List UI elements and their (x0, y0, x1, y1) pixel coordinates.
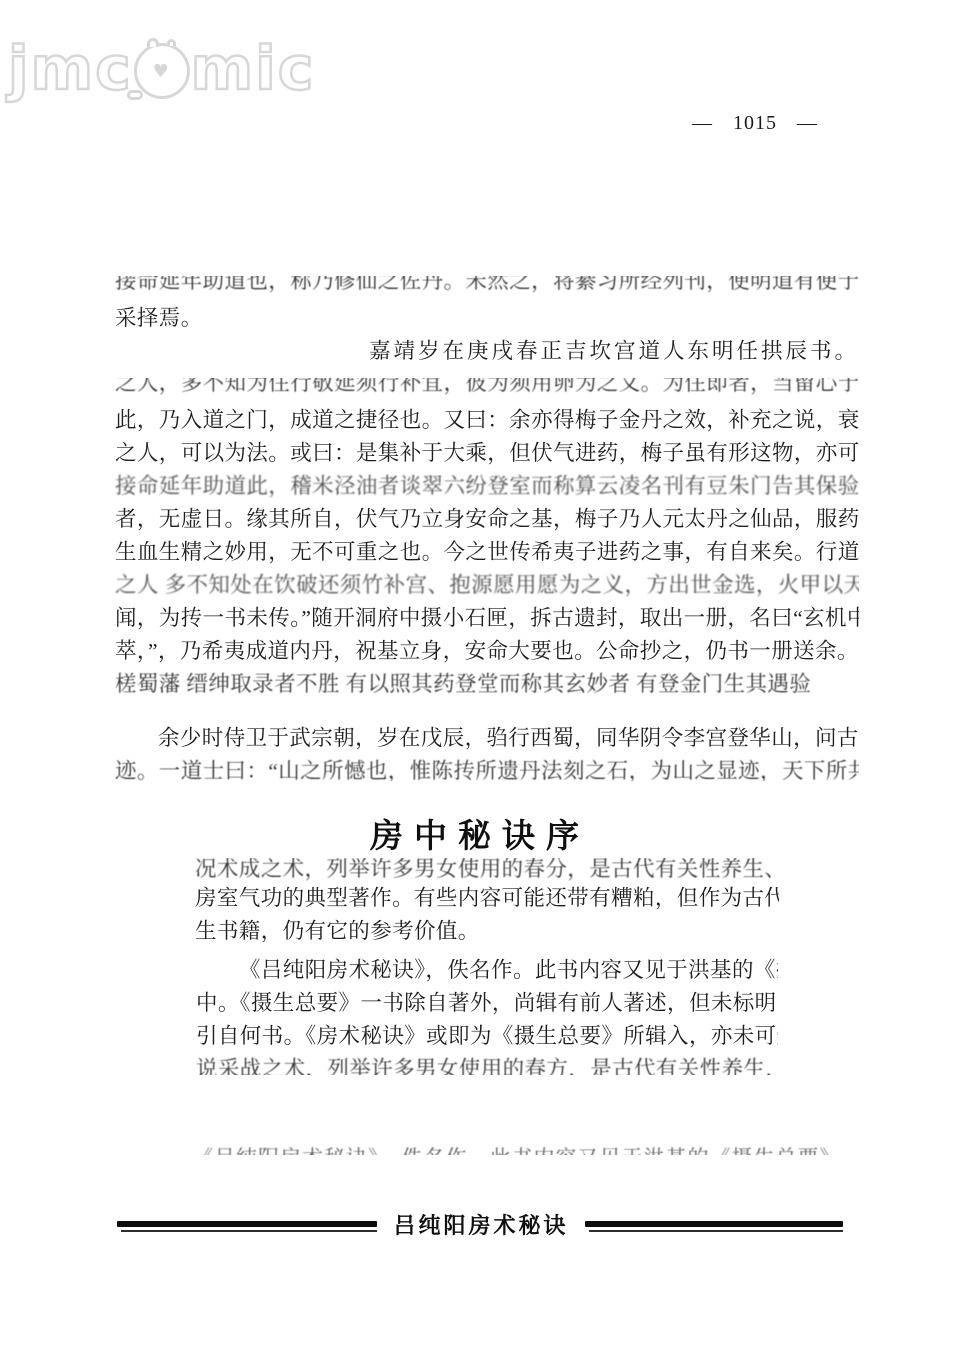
mascot-ear-icon (167, 39, 176, 46)
footer-book-title: 吕纯阳房术秘诀 (377, 1209, 585, 1240)
page-number: — 1015 — (648, 112, 862, 135)
intro-block: 况术成之术，列举许多男女使用的春分，是古代有关性养生、性技巧、 房室气功的典型著… (195, 858, 779, 948)
watermark-text-right: mic (191, 34, 316, 104)
page-number-value: 1015 (733, 112, 777, 135)
text-line: 接命延年助道也，称乃修仙之佐丹。未然之，将綦习所经列刊，便明道有便于 (115, 276, 859, 302)
text-line: 者，无虚日。缘其所自，伏气乃立身安命之基，梅子乃人元太丹之仙品，服药及 (115, 503, 859, 536)
text-line: 余少时侍卫于武宗朝，岁在戊辰，驺行西蜀，同华阴令李宫登华山，问古仙 (115, 722, 859, 755)
text-line: 说采战之术，列举许多男女使用的春方，是古代有关性养生，性技巧 (196, 1053, 778, 1075)
text-line: 闻，为抟一书未传。”随开洞府中摄小石匣，拆古遗封，取出一册，名曰“玄机中 (115, 602, 859, 635)
footer-rule-left (117, 1221, 377, 1234)
footer-rule-right (585, 1221, 843, 1234)
text-line: 生血生精之妙用，无不可重之也。今之世传希夷子进药之事，有自来矣。行道 (115, 536, 859, 569)
narrative-block: 余少时侍卫于武宗朝，岁在戊辰，驺行西蜀，同华阴令李宫登华山，问古仙 迹。一道士曰… (115, 722, 859, 781)
watermark: jmc ♥ mic (8, 34, 315, 104)
text-line: 房室气功的典型著作。有些内容可能还带有糟粕，但作为古代房室养 (195, 882, 779, 915)
signature-line: 嘉靖岁在庚戌春正吉坎宫道人东明任拱辰书。 (115, 335, 859, 368)
text-line: 之人，可以为法。或曰：是集补于大乘，但伏气进药，梅子虽有形这物，亦可以 (115, 437, 859, 470)
page-number-dash-right: — (797, 112, 818, 135)
body-block: 之人，多不知为住行敬延须行补宜，彼为须用卵为之义。为住即者，当留心于 此，乃入道… (115, 378, 859, 694)
preface-block: 接命延年助道也，称乃修仙之佐丹。未然之，将綦习所经列刊，便明道有便于 采择焉。 … (115, 276, 859, 368)
text-line: 萃，”，乃希夷成道内丹，祝基立身，安命大要也。公命抄之，仍书一册送余。西 (115, 635, 859, 668)
text-line: 之人 多不知处在饮破还须竹补宫、抱源愿用愿为之义，方出世金选，火甲以天 (115, 569, 859, 602)
mascot-ear-icon (147, 38, 159, 47)
text-line: 中。《摄生总要》一书除自著外，尚辑有前人著述，但未标明，更不知其 (196, 987, 778, 1020)
section-title: 房中秘诀序 (0, 810, 960, 857)
page-number-dash-left: — (692, 112, 713, 135)
cropped-text-line: 《吕纯阳房术秘诀》，佚名作，此书内容又见于洪基的《摄生总要》 (192, 1146, 852, 1155)
watermark-text-left: jmc (8, 34, 133, 104)
text-line: 引自何书。《房术秘诀》或即为《摄生总要》所辑入，亦未可知。书中论 (196, 1020, 778, 1053)
watermark-mascot-face-icon: ♥ (134, 43, 190, 99)
text-line: 生书籍，仍有它的参考价值。 (195, 915, 779, 948)
text-line: 之人，多不知为住行敬延须行补宜，彼为须用卵为之义。为住即者，当留心于 (115, 378, 859, 404)
commentary-block: 《吕纯阳房术秘诀》，佚名作。此书内容又见于洪基的《摄生总要》 中。《摄生总要》一… (196, 954, 778, 1075)
text-line: 采择焉。 (115, 302, 859, 335)
mascot-fin-icon (127, 90, 143, 100)
text-line: 《吕纯阳房术秘诀》，佚名作。此书内容又见于洪基的《摄生总要》 (196, 954, 778, 987)
text-line: 接命延年助道此，稽米泾油者谈翠六纷登室而称算云凌名刊有豆朱门告其保验 (115, 470, 859, 503)
text-line: 迹。一道士曰：“山之所憾也，惟陈抟所遗丹法刻之石，为山之显迹，天下所共 (115, 755, 859, 781)
heart-icon: ♥ (153, 61, 171, 82)
text-line: 此，乃入道之门，成道之捷径也。又曰：余亦得梅子金丹之效，补充之说，衰年 (115, 404, 859, 437)
scanned-book-page: jmc ♥ mic — 1015 — 接命延年助道也，称乃修仙之佐丹。未然之，将… (0, 0, 960, 1356)
text-line: 况术成之术，列举许多男女使用的春分，是古代有关性养生、性技巧、 (195, 858, 779, 882)
text-line: 槎蜀藩 缙绅取录者不胜 有以照其药登堂而称其玄妙者 有登金门生其遇验 (115, 668, 859, 694)
